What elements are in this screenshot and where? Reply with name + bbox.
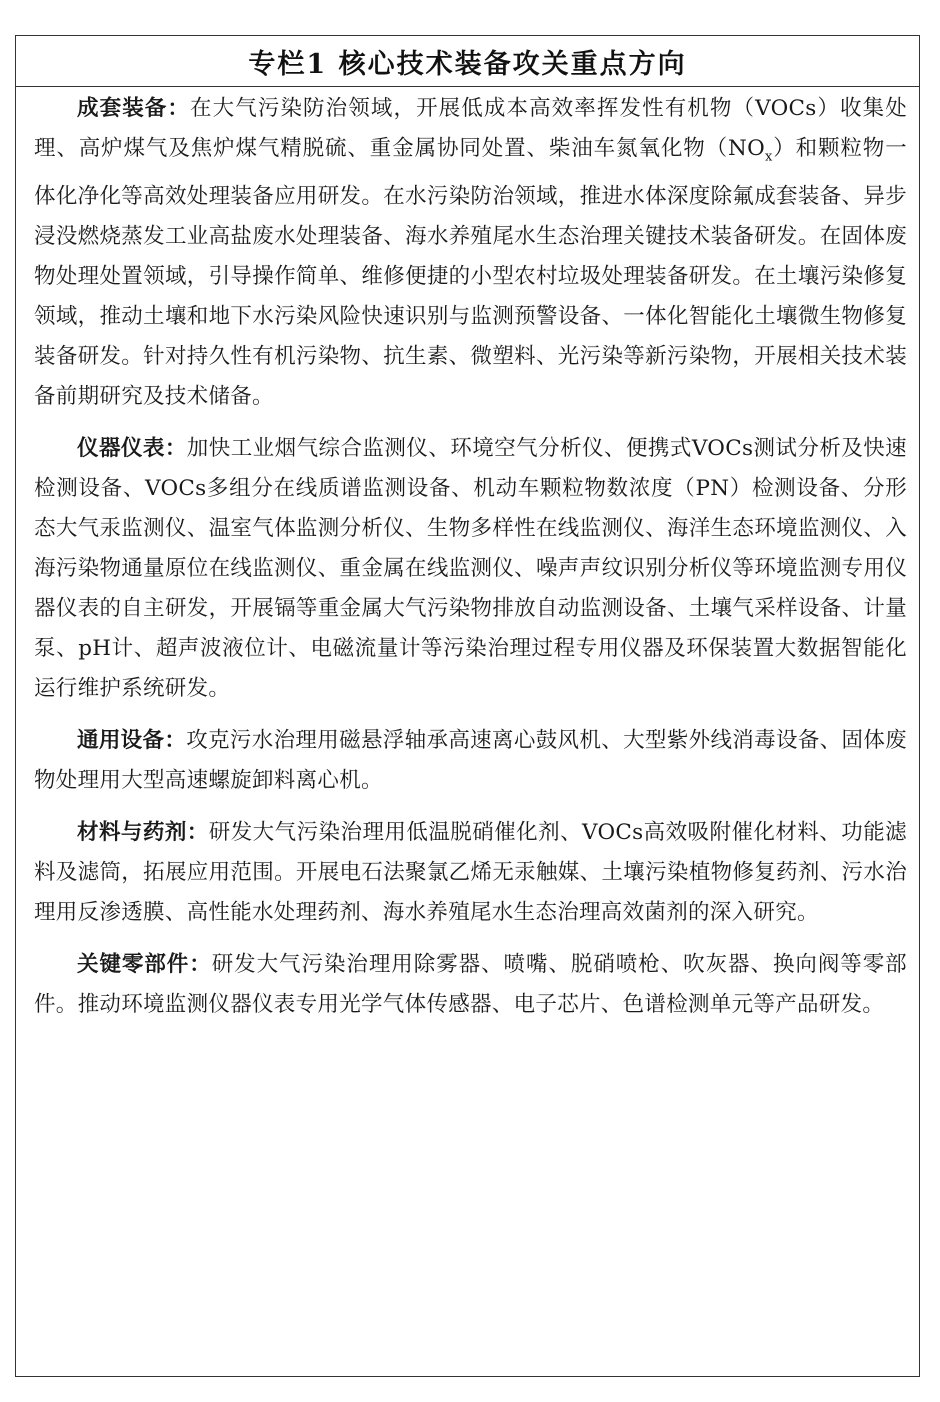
section-general-equipment: 通用设备：攻克污水治理用磁悬浮轴承高速离心鼓风机、大型紫外线消毒设备、固体废物处… [34, 721, 907, 801]
subscript-x: x [765, 149, 773, 164]
section-label: 关键零部件： [77, 952, 212, 977]
section-label: 仪器仪表： [77, 436, 187, 461]
column-content: 成套装备：在大气污染防治领域，开展低成本高效率挥发性有机物（VOCs）收集处理、… [16, 87, 919, 1025]
section-text-continued: ）和颗粒物一体化净化等高效处理装备应用研发。在水污染防治领域，推进水体深度除氟成… [34, 136, 907, 409]
section-materials-reagents: 材料与药剂：研发大气污染治理用低温脱硝催化剂、VOCs高效吸附催化材料、功能滤料… [34, 813, 907, 933]
section-label: 成套装备： [77, 96, 190, 121]
title-row: 专栏1 核心技术装备攻关重点方向 [16, 36, 919, 87]
column-title: 专栏1 核心技术装备攻关重点方向 [248, 42, 686, 81]
section-label: 材料与药剂： [77, 820, 209, 845]
section-text: 加快工业烟气综合监测仪、环境空气分析仪、便携式VOCs测试分析及快速检测设备、V… [34, 436, 907, 701]
column-box: 专栏1 核心技术装备攻关重点方向 成套装备：在大气污染防治领域，开展低成本高效率… [15, 35, 920, 1377]
section-complete-equipment: 成套装备：在大气污染防治领域，开展低成本高效率挥发性有机物（VOCs）收集处理、… [34, 89, 907, 417]
section-key-components: 关键零部件：研发大气污染治理用除雾器、喷嘴、脱硝喷枪、吹灰器、换向阀等零部件。推… [34, 945, 907, 1025]
section-instruments: 仪器仪表：加快工业烟气综合监测仪、环境空气分析仪、便携式VOCs测试分析及快速检… [34, 429, 907, 709]
section-label: 通用设备： [77, 728, 186, 753]
